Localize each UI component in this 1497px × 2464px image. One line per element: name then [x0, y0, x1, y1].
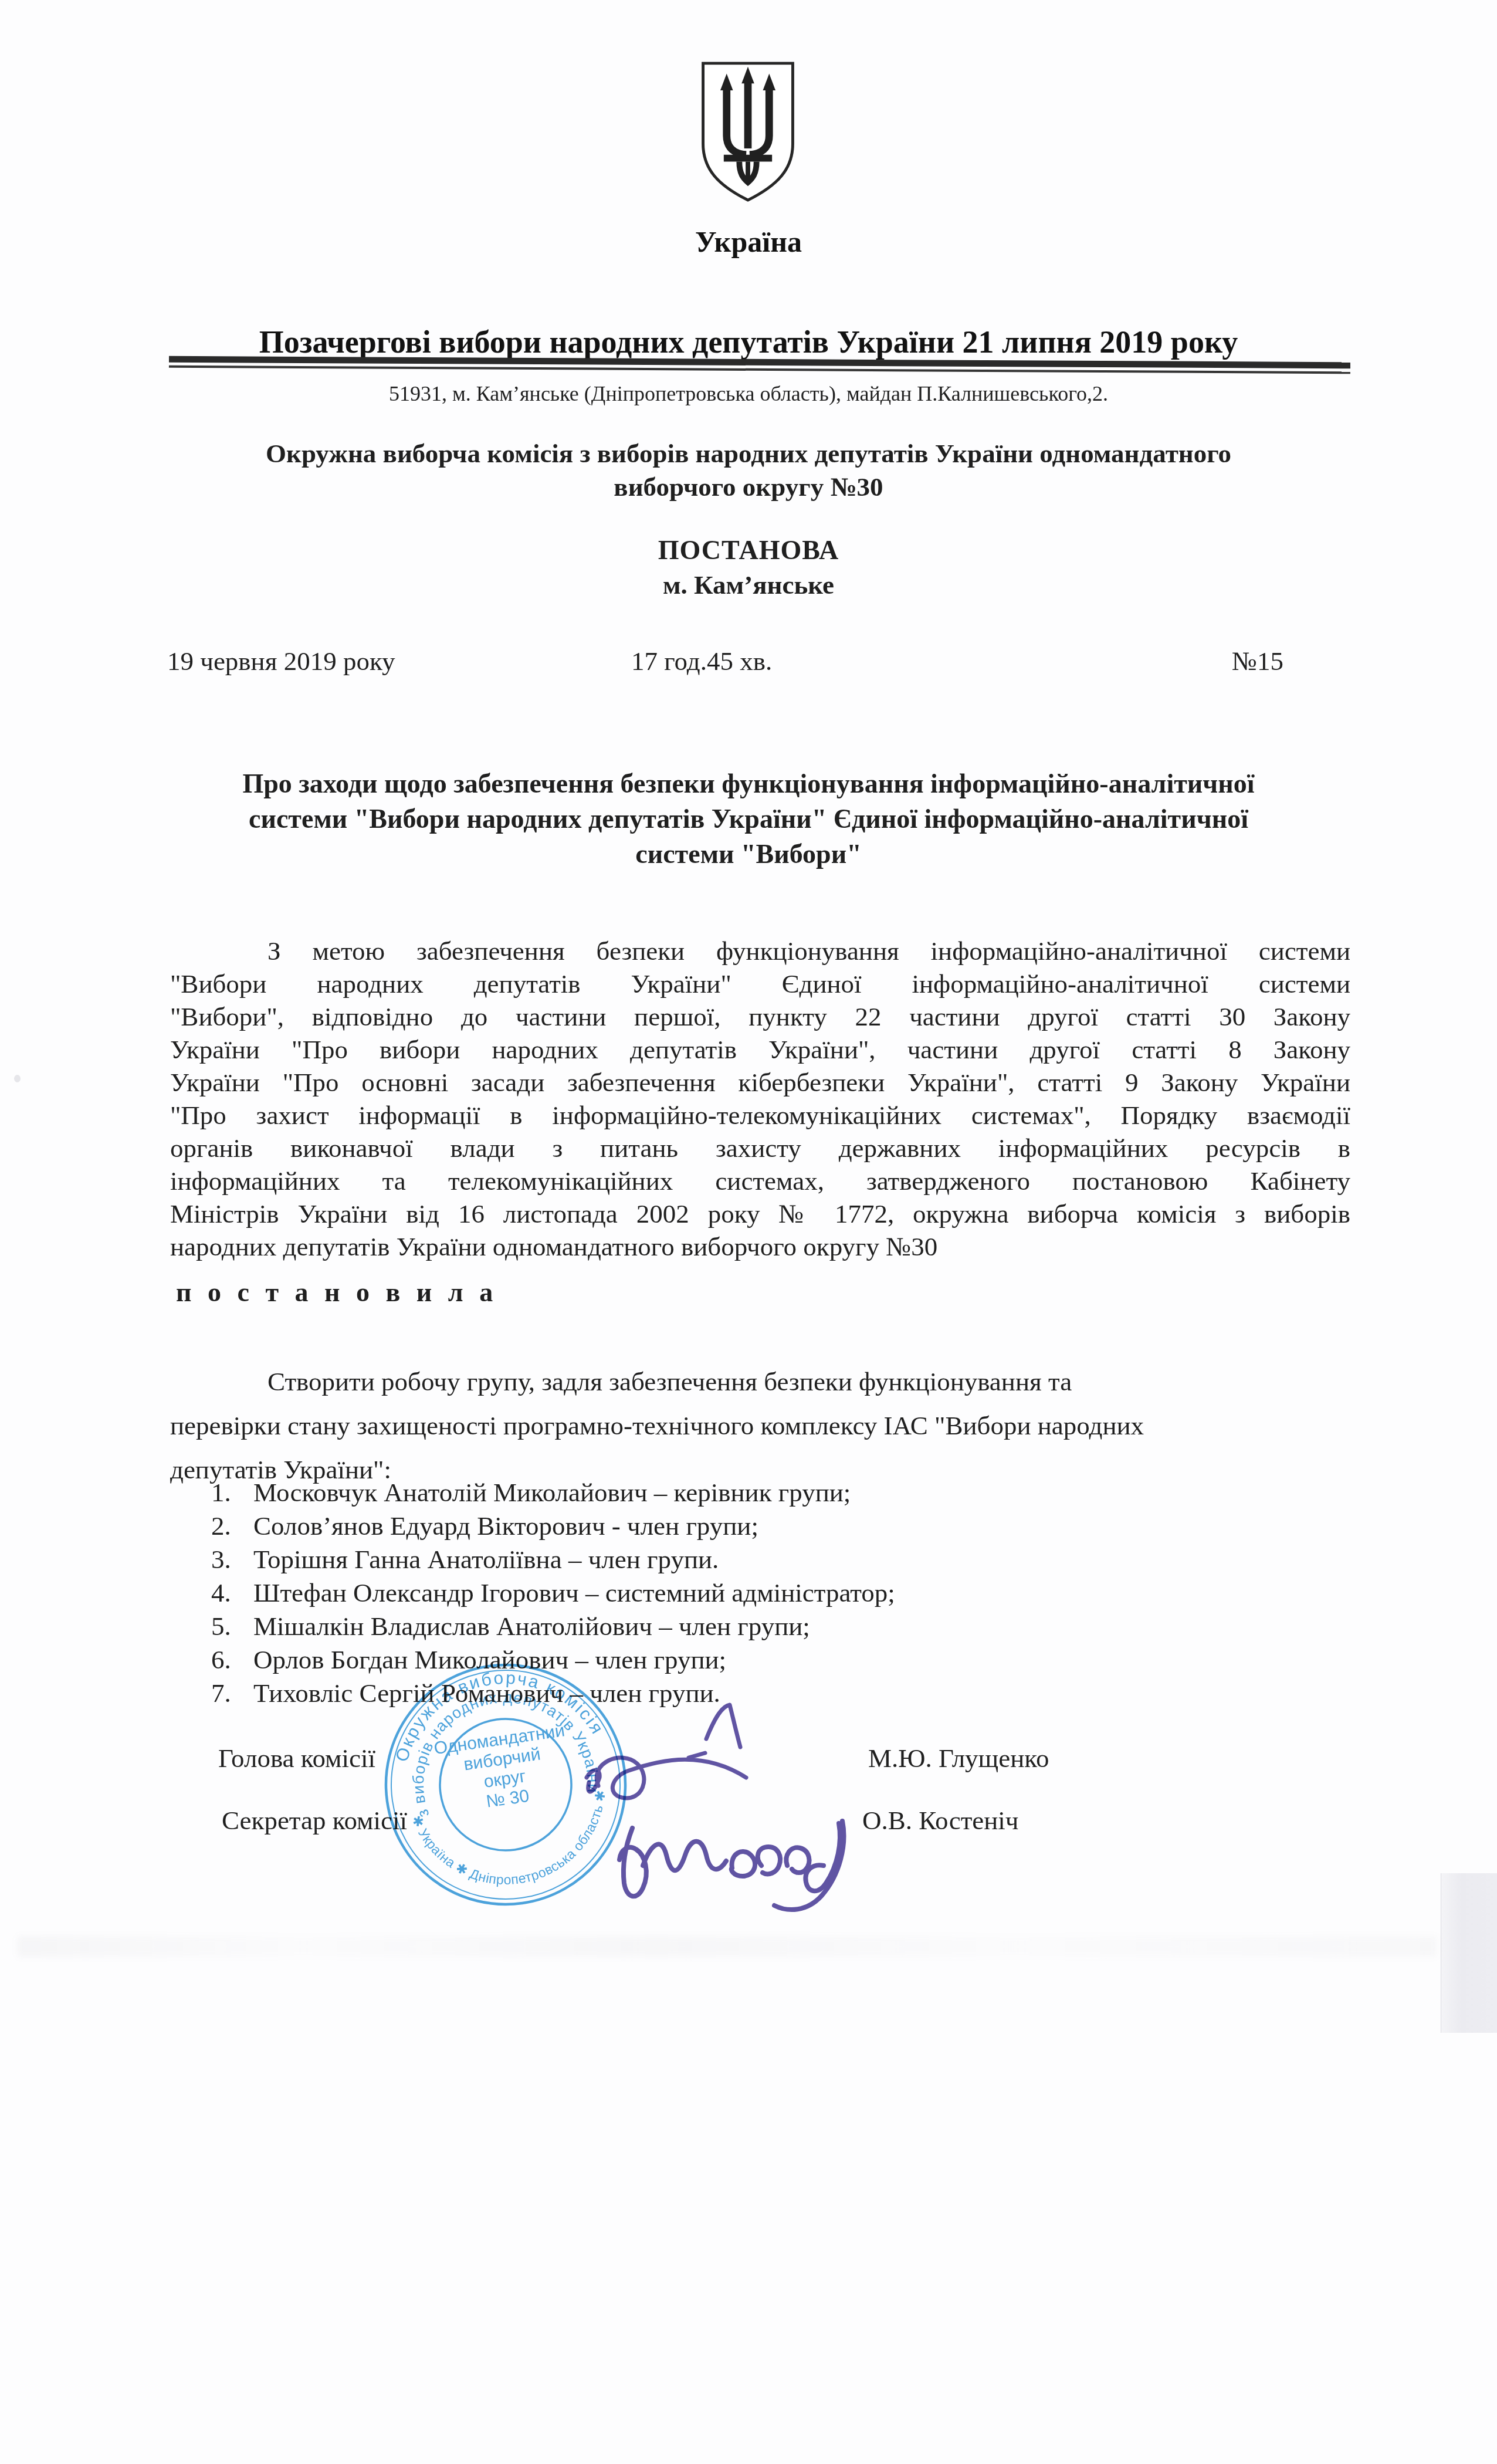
preamble-line: інформаційних та телекомунікаційних сист… — [170, 1165, 1350, 1197]
document-number: №15 — [1232, 646, 1283, 676]
resolution-subject: Про заходи щодо забезпечення безпеки фун… — [0, 766, 1497, 872]
resolution-preamble: З метою забезпечення безпеки функціонува… — [170, 935, 1350, 1263]
preamble-line: України "Про вибори народних депутатів У… — [170, 1033, 1350, 1066]
paragraph-line: Створити робочу групу, задля забезпеченн… — [170, 1360, 1203, 1404]
list-item: 3. Торішня Ганна Анатоліївна – член груп… — [211, 1543, 1326, 1576]
subject-line: Про заходи щодо забезпечення безпеки фун… — [0, 766, 1497, 801]
document-time: 17 год.45 хв. — [631, 646, 772, 676]
document-date: 19 червня 2019 року — [167, 646, 395, 676]
preamble-line: України "Про основні засади забезпечення… — [170, 1066, 1350, 1099]
scan-edge-band — [1441, 1873, 1497, 2033]
chair-role-label: Голова комісії — [218, 1743, 375, 1773]
preamble-line: З метою забезпечення безпеки функціонува… — [170, 935, 1350, 967]
list-item-number: 1. — [211, 1476, 253, 1509]
list-item-number: 2. — [211, 1509, 253, 1543]
document-page: Україна Позачергові вибори народних депу… — [0, 0, 1497, 2464]
subject-line: системи "Вибори" — [0, 837, 1497, 872]
list-item-number: 4. — [211, 1576, 253, 1610]
list-item: 2. Солов’янов Едуард Вікторович - член г… — [211, 1509, 1326, 1543]
resolved-keyword: п о с т а н о в и л а — [176, 1277, 497, 1308]
list-item-number: 6. — [211, 1643, 253, 1677]
list-item: 4. Штефан Олександр Ігорович – системний… — [211, 1576, 1326, 1610]
list-item-number: 7. — [211, 1677, 253, 1710]
commission-address: 51931, м. Кам’янське (Дніпропетровська о… — [0, 381, 1497, 406]
list-item-number: 3. — [211, 1543, 253, 1576]
subject-line: системи "Вибори народних депутатів Украї… — [0, 801, 1497, 837]
preamble-line: Міністрів України від 16 листопада 2002 … — [170, 1197, 1350, 1230]
country-name: Україна — [0, 225, 1497, 259]
commission-name-line: виборчого округу №30 — [0, 471, 1497, 504]
commission-name: Окружна виборча комісія з виборів народн… — [0, 437, 1497, 504]
preamble-line: "Вибори народних депутатів України" Єдин… — [170, 967, 1350, 1000]
list-item-text: Солов’янов Едуард Вікторович - член груп… — [253, 1509, 758, 1543]
preamble-line: органів виконавчої влади з питань захист… — [170, 1132, 1350, 1165]
scan-speck-artifact — [14, 1075, 21, 1082]
meta-row: 19 червня 2019 року 17 год.45 хв. №15 — [0, 646, 1497, 681]
secretary-signature-stroke — [619, 1821, 844, 1910]
preamble-line: народних депутатів України одномандатног… — [170, 1230, 1350, 1263]
document-type: ПОСТАНОВА — [0, 534, 1497, 566]
document-city: м. Кам’янське — [0, 570, 1497, 600]
coat-of-arms-icon — [690, 56, 805, 207]
preamble-line: "Про захист інформації в інформаційно-те… — [170, 1099, 1350, 1132]
list-item-text: Торішня Ганна Анатоліївна – член групи. — [253, 1543, 719, 1576]
list-item: 5. Мішалкін Владислав Анатолійович – чле… — [211, 1610, 1326, 1643]
working-group-paragraph: Створити робочу групу, задля забезпеченн… — [170, 1360, 1203, 1492]
chair-signature-stroke — [587, 1705, 746, 1798]
paragraph-line: перевірки стану захищеності програмно-те… — [170, 1404, 1203, 1448]
list-item-text: Штефан Олександр Ігорович – системний ад… — [253, 1576, 895, 1610]
list-item-text: Московчук Анатолій Миколайович – керівни… — [253, 1476, 851, 1509]
list-item: 1. Московчук Анатолій Миколайович – кері… — [211, 1476, 1326, 1509]
commission-name-line: Окружна виборча комісія з виборів народн… — [0, 437, 1497, 471]
election-header: Позачергові вибори народних депутатів Ук… — [0, 324, 1497, 360]
preamble-line: "Вибори", відповідно до частини першої, … — [170, 1000, 1350, 1033]
handwritten-signature — [528, 1690, 903, 1983]
list-item-number: 5. — [211, 1610, 253, 1643]
list-item-text: Мішалкін Владислав Анатолійович – член г… — [253, 1610, 810, 1643]
